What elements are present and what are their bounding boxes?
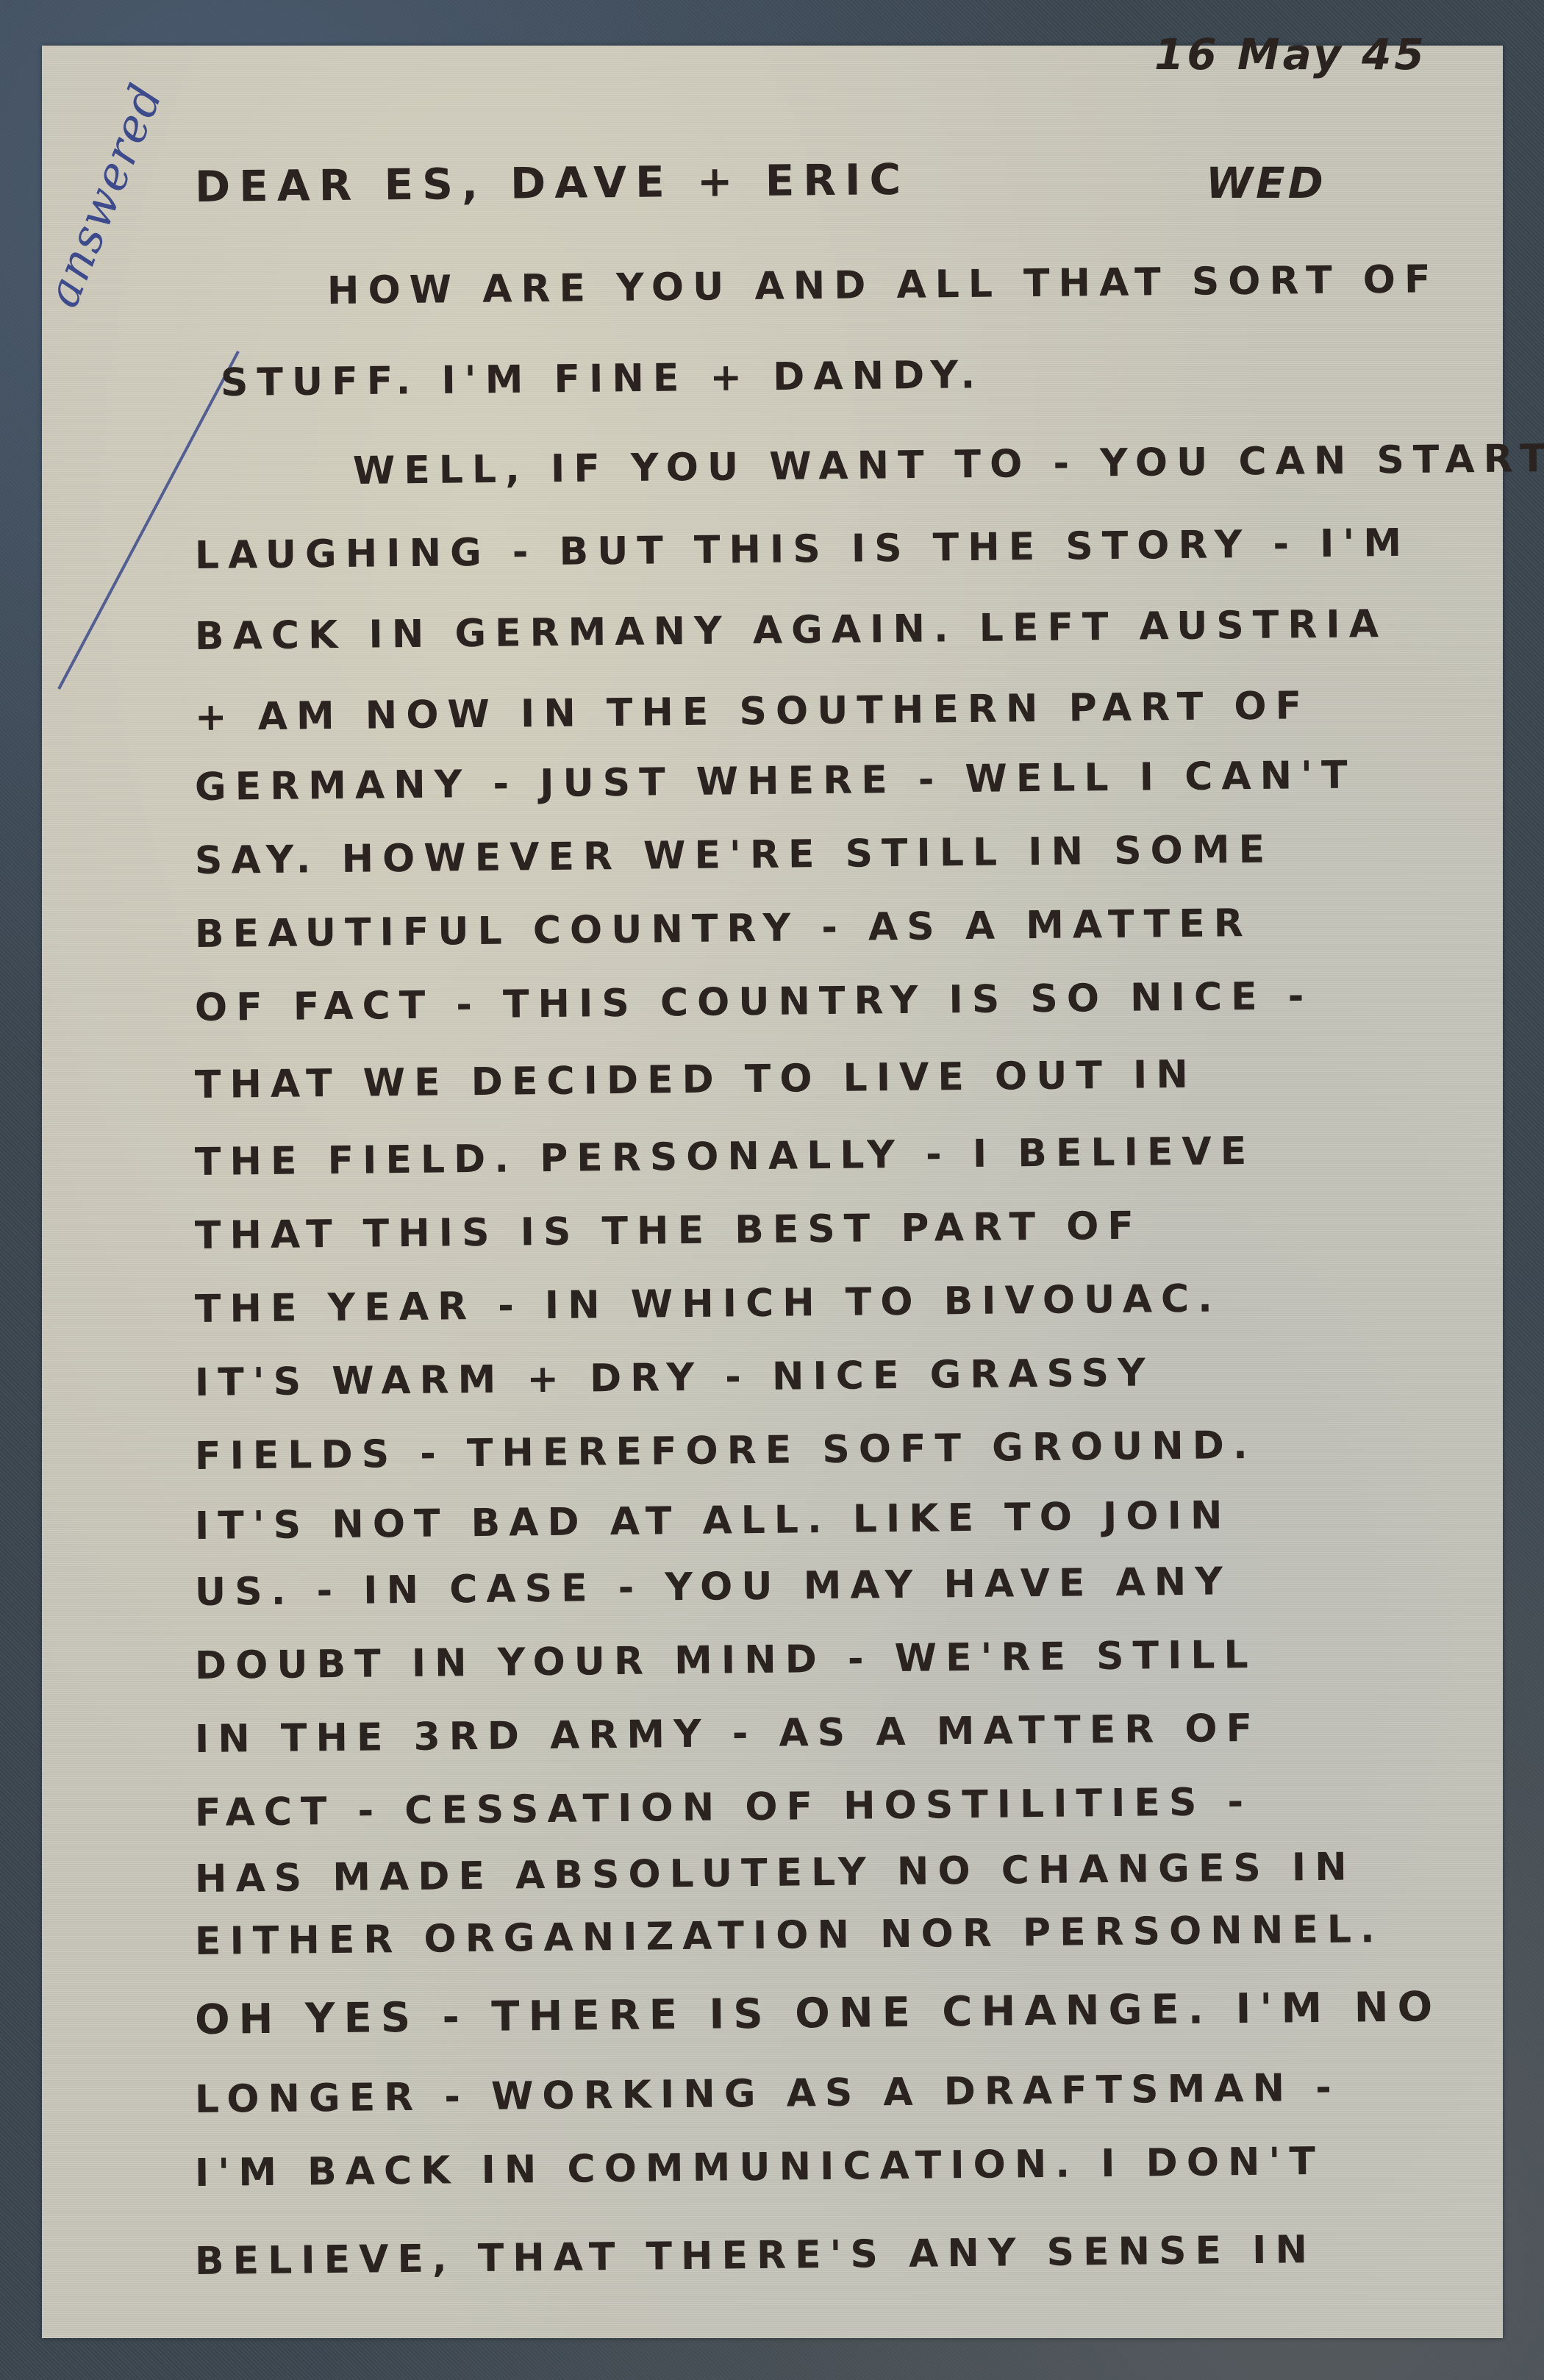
letter-line-22: has made absolutely no changes in bbox=[195, 1848, 1356, 1898]
letter-line-19: doubt in your mind - we're still bbox=[195, 1636, 1257, 1685]
letter-line-14: the year - in which to bivouac. bbox=[195, 1279, 1221, 1329]
letter-line-16: fields - therefore soft ground. bbox=[195, 1426, 1257, 1476]
letter-line-8: say. However we're still in some bbox=[195, 831, 1274, 880]
letter-line-6: + am now in the southern part of bbox=[195, 687, 1311, 737]
salutation: Dear Es, Dave + Eric bbox=[195, 158, 910, 208]
letter-line-17: It's not bad at all. Like to join bbox=[195, 1496, 1232, 1545]
letter-line-13: that this is the best part of bbox=[195, 1207, 1143, 1255]
letter-line-2: stuff. I'm fine + dandy. bbox=[221, 356, 984, 402]
letter-line-20: in the 3rd Army - as a matter of bbox=[195, 1709, 1262, 1759]
letter-line-9: beautiful country - as a matter bbox=[195, 904, 1252, 954]
letter-line-15: It's warm + dry - nice grassy bbox=[195, 1354, 1154, 1402]
letter-line-1: How are you and all that sort of bbox=[327, 260, 1440, 310]
letter-line-18: us. - In case - you may have any bbox=[195, 1562, 1232, 1612]
letter-line-11: that we decided to live out in bbox=[195, 1056, 1197, 1104]
letter-day: WED bbox=[1206, 158, 1326, 208]
letter-line-27: believe, that there's any sense in bbox=[195, 2231, 1317, 2281]
letter-date: 16 May 45 bbox=[1154, 29, 1427, 79]
letter-line-10: of fact - this country is so nice - bbox=[195, 977, 1313, 1027]
letter-line-25: longer - working as a draftsman - bbox=[195, 2069, 1340, 2119]
letter-line-26: I'm back in communication. I don't bbox=[195, 2143, 1324, 2193]
letter-line-7: Germany - just where - well I can't bbox=[195, 756, 1357, 807]
letter-line-21: fact - cessation of hostilities - bbox=[195, 1783, 1253, 1832]
letter-line-12: the field. Personally - I believe bbox=[195, 1132, 1256, 1182]
